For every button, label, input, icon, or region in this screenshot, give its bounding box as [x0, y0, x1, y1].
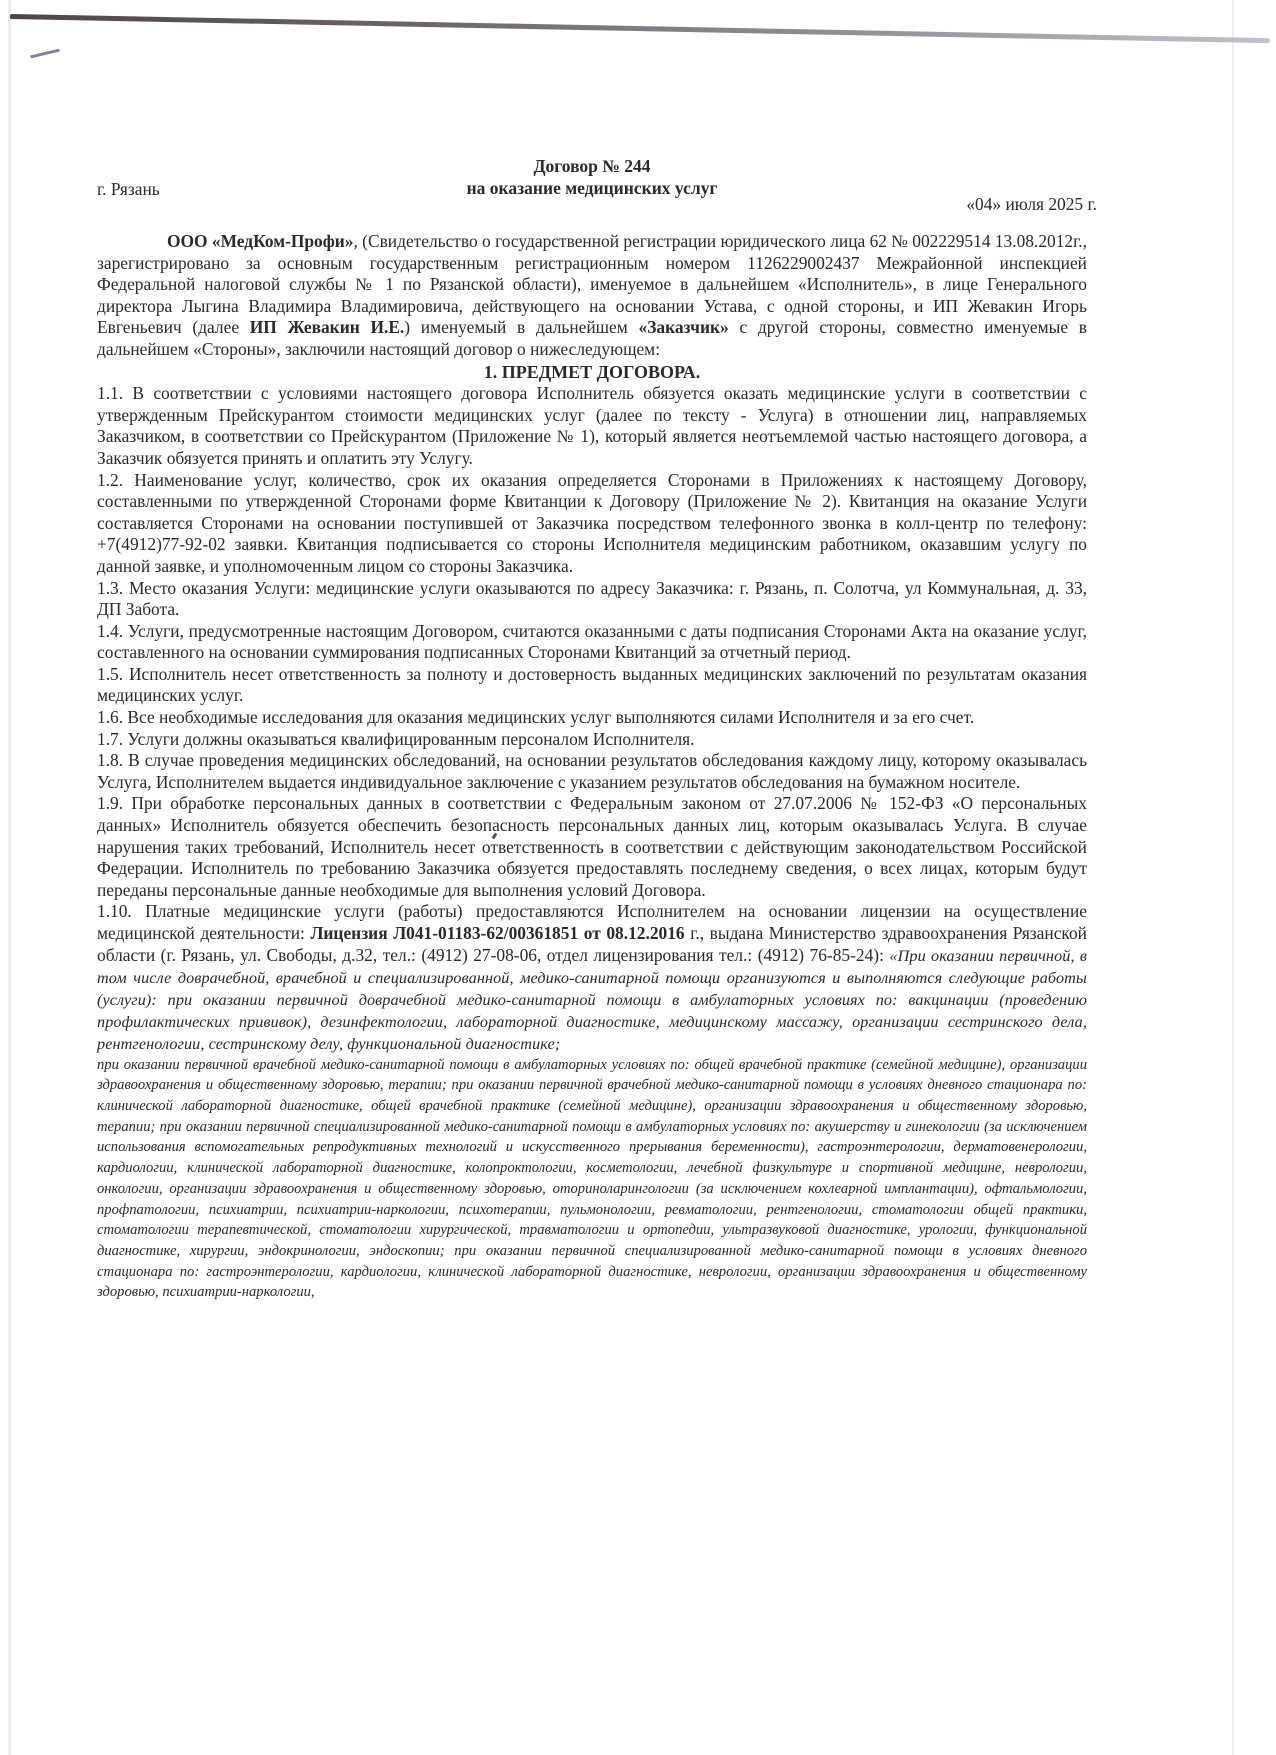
license-number: Лицензия Л041-01183-62/00361851 от 08.12…: [310, 923, 684, 943]
license-scope-part2: при оказании первичной врачебной медико-…: [97, 1055, 1087, 1303]
scan-top-border-line: [10, 14, 1270, 43]
contract-city: г. Рязань: [97, 179, 160, 201]
contract-page: Договор № 244 на оказание медицинских ус…: [97, 150, 1087, 1303]
scan-right-edge: [1232, 0, 1234, 1755]
clause-1-8: 1.8. В случае проведения медицинских обс…: [97, 750, 1087, 793]
clause-1-9: 1.9. При обработке персональных данных в…: [97, 793, 1087, 901]
staple-mark-icon: [30, 49, 60, 59]
contract-date: «04» июля 2025 г.: [966, 194, 1097, 216]
executor-name: ООО «МедКом-Профи»: [167, 231, 353, 251]
clause-1-6: 1.6. Все необходимые исследования для ок…: [97, 707, 1087, 729]
clause-1-7: 1.7. Услуги должны оказываться квалифици…: [97, 729, 1087, 751]
clause-1-10: 1.10. Платные медицинские услуги (работы…: [97, 901, 1087, 1054]
place-date-row: г. Рязань «04» июля 2025 г.: [97, 179, 1087, 201]
preamble: ООО «МедКом-Профи», (Свидетельство о гос…: [97, 231, 1087, 361]
contract-title: Договор № 244: [97, 155, 1087, 177]
section-heading-subject: 1. ПРЕДМЕТ ДОГОВОРА.: [97, 362, 1087, 384]
preamble-part2: ) именуемый в дальнейшем: [404, 317, 638, 337]
clause-1-4: 1.4. Услуги, предусмотренные настоящим Д…: [97, 621, 1087, 664]
clause-1-1: 1.1. В соответствии с условиями настояще…: [97, 383, 1087, 469]
clause-1-3: 1.3. Место оказания Услуги: медицинские …: [97, 578, 1087, 621]
clause-1-2: 1.2. Наименование услуг, количество, сро…: [97, 470, 1087, 578]
clause-1-5: 1.5. Исполнитель несет ответственность з…: [97, 664, 1087, 707]
scan-left-edge: [8, 0, 11, 1755]
customer-label: «Заказчик»: [639, 317, 729, 337]
customer-name: ИП Жевакин И.Е.: [250, 317, 405, 337]
